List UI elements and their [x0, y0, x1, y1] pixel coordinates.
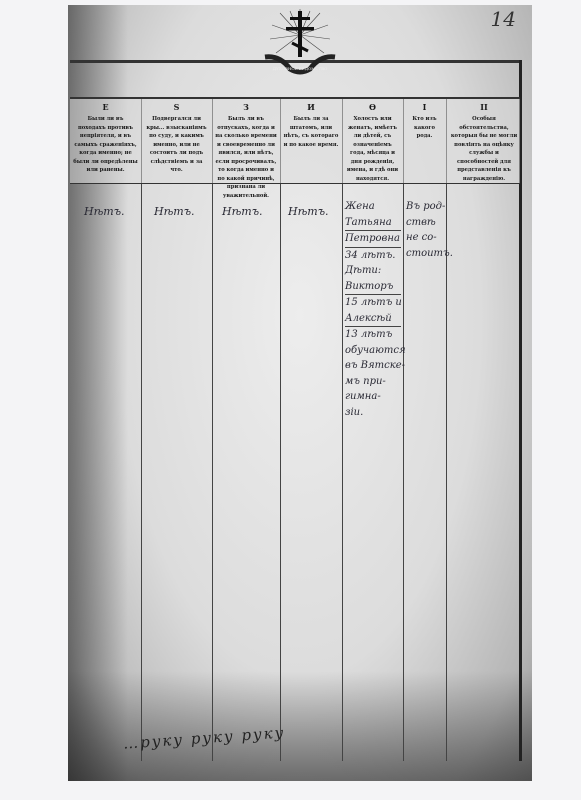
entry-col-9-family: Жена Татьяна Петровна 34 лѣтъ. Дѣти: Вик…: [345, 199, 401, 420]
entry-col-8: Нѣтъ.: [288, 205, 329, 218]
entry-col-5: Нѣтъ.: [84, 205, 125, 218]
header-col-10: ІКто изъ какого рода.: [403, 99, 446, 183]
header-col-5: ЕБыли ли въ походахъ противъ непріятеля,…: [70, 99, 141, 183]
family-line: Дѣти:: [345, 263, 401, 279]
family-line: гимна-: [345, 389, 401, 405]
family-line: Татьяна: [345, 215, 401, 232]
family-line: 15 лѣтъ и: [345, 295, 401, 311]
origin-line: Въ род-: [406, 199, 446, 215]
origin-line: не со-: [406, 230, 446, 246]
column-divider: [212, 99, 213, 761]
entry-col-6: Нѣтъ.: [154, 205, 195, 218]
origin-line: ствѣ: [406, 215, 446, 231]
column-divider: [280, 99, 281, 761]
family-line: зіи.: [345, 405, 401, 421]
header-col-8: ИБылъ ли за штатомъ, или нѣтъ, съ котора…: [280, 99, 342, 183]
page-number: 14: [491, 7, 516, 31]
family-line: Петровна: [345, 231, 401, 248]
column-divider: [342, 99, 343, 761]
origin-line: стоитъ.: [406, 246, 446, 262]
family-line: Викторъ: [345, 279, 401, 296]
family-line: 13 лѣтъ: [345, 327, 401, 343]
family-line: мъ при-: [345, 374, 401, 390]
entry-col-7: Нѣтъ.: [222, 205, 263, 218]
table-header: ЕБыли ли въ походахъ противъ непріятеля,…: [70, 99, 520, 184]
orthodox-cross-icon: ДУХОВНОЕ ВЕДОМСТВО: [250, 7, 350, 77]
family-line: Алексѣй: [345, 311, 401, 328]
column-divider: [403, 99, 404, 761]
header-col-9: ѲХолостъ или женатъ, имѣетъ ли дѣтей, съ…: [342, 99, 403, 183]
family-line: Жена: [345, 199, 401, 215]
column-divider: [446, 99, 447, 761]
header-col-11: ІІОсобыя обстоятельства, которыя бы не м…: [446, 99, 522, 183]
family-line: 34 лѣтъ.: [345, 248, 401, 264]
column-divider: [141, 99, 142, 761]
svg-text:ДУХОВНОЕ ВЕДОМСТВО: ДУХОВНОЕ ВЕДОМСТВО: [273, 66, 328, 71]
family-line: въ Вятске-: [345, 358, 401, 374]
family-line: обучаются: [345, 343, 401, 359]
entry-col-10-origin: Въ род- ствѣ не со- стоитъ.: [406, 199, 446, 261]
scanned-page: 14 ДУХОВНОЕ ВЕДОМСТВО ЕБыли ли: [68, 5, 532, 781]
header-col-6: ЅПодвергался ли кры... взысканіямъ по су…: [141, 99, 212, 183]
header-col-7: ЗБылъ ли въ отпускахъ, когда и на скольк…: [212, 99, 280, 183]
service-record-table: ЕБыли ли въ походахъ противъ непріятеля,…: [70, 97, 520, 761]
